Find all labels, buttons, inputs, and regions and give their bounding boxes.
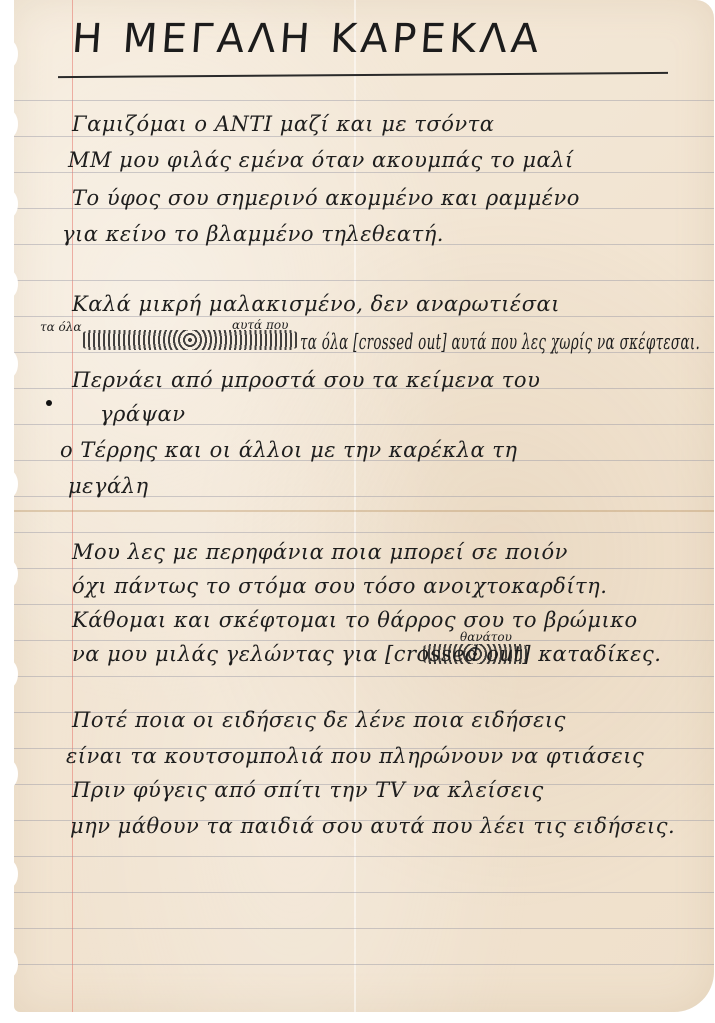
annotation-ta-ola: τα όλα — [40, 320, 82, 334]
torn-edge — [0, 470, 18, 498]
torn-edge — [0, 950, 18, 978]
torn-edge — [0, 660, 18, 688]
stanza-1-line-3: Το ύφος σου σημερινό ακομμένο και ραμμέν… — [72, 186, 580, 210]
rule-line — [14, 892, 714, 893]
ink-dot — [46, 400, 52, 406]
rule-line — [14, 136, 714, 137]
rule-line — [14, 964, 714, 965]
torn-edge — [0, 560, 18, 588]
torn-edge — [0, 40, 18, 68]
torn-edge — [0, 350, 18, 378]
stanza-2-line-5: ο Τέρρης και οι άλλοι με την καρέκλα τη — [60, 438, 518, 462]
stanza-2-line-3: Περνάει από μπροστά σου τα κείμενα του — [72, 368, 540, 392]
stanza-3-line-1: Μου λες με περηφάνια ποια μπορεί σε ποιό… — [72, 540, 568, 564]
rule-line — [14, 532, 714, 533]
stanza-1-line-1: Γαμιζόμαι ο ΑΝΤΙ μαζί και με τσόντα — [72, 112, 494, 136]
stanza-2-line-1: Καλά μικρή μαλακισμένο, δεν αναρωτιέσαι — [72, 292, 560, 316]
stanza-4-line-2: είναι τα κουτσομπολιά που πληρώνουν να φ… — [66, 744, 644, 768]
rule-line — [14, 856, 714, 857]
stanza-3-line-2: όχι πάντως το στόμα σου τόσο ανοιχτοκαρδ… — [72, 574, 607, 598]
stanza-2-line-6: μεγάλη — [68, 474, 149, 498]
stanza-3-line-4: να μου μιλάς γελώντας για [crossed out] … — [72, 642, 661, 666]
torn-edge — [0, 110, 18, 138]
torn-edge — [0, 860, 18, 888]
stanza-2-line-2: τα όλα [crossed out] αυτά που λες χωρίς … — [300, 330, 700, 354]
stanza-4-line-3: Πριν φύγεις από σπίτι την TV να κλείσεις — [72, 778, 544, 802]
rule-line — [14, 316, 714, 317]
torn-edge — [0, 270, 18, 298]
stanza-4-line-1: Ποτέ ποια οι ειδήσεις δε λένε ποια ειδήσ… — [72, 708, 566, 732]
stanza-2-line-4: γράψαν — [100, 402, 186, 426]
rule-line — [14, 640, 714, 641]
rule-line — [14, 172, 714, 173]
rule-line — [14, 676, 714, 677]
stanza-1-line-4: για κείνο το βλαμμένο τηλεθεατή. — [62, 222, 444, 246]
rule-line — [14, 280, 714, 281]
stanza-3-line-3: Κάθομαι και σκέφτομαι το θάρρος σου το β… — [72, 608, 638, 632]
rule-line — [14, 604, 714, 605]
torn-edge — [0, 190, 18, 218]
rule-line — [14, 100, 714, 101]
stanza-1-line-2: ΜΜ μου φιλάς εμένα όταν ακουμπάς το μαλί — [68, 148, 574, 172]
page-title: Η ΜΕΓΑΛΗ ΚΑΡΕΚΛΑ — [70, 16, 544, 62]
stanza-4-line-4: μην μάθουν τα παιδιά σου αυτά που λέει τ… — [70, 814, 675, 838]
rule-line — [14, 928, 714, 929]
rule-line — [14, 568, 714, 569]
horizontal-fold — [14, 510, 714, 512]
crossed-out-scribble — [80, 330, 300, 350]
torn-edge — [0, 760, 18, 788]
